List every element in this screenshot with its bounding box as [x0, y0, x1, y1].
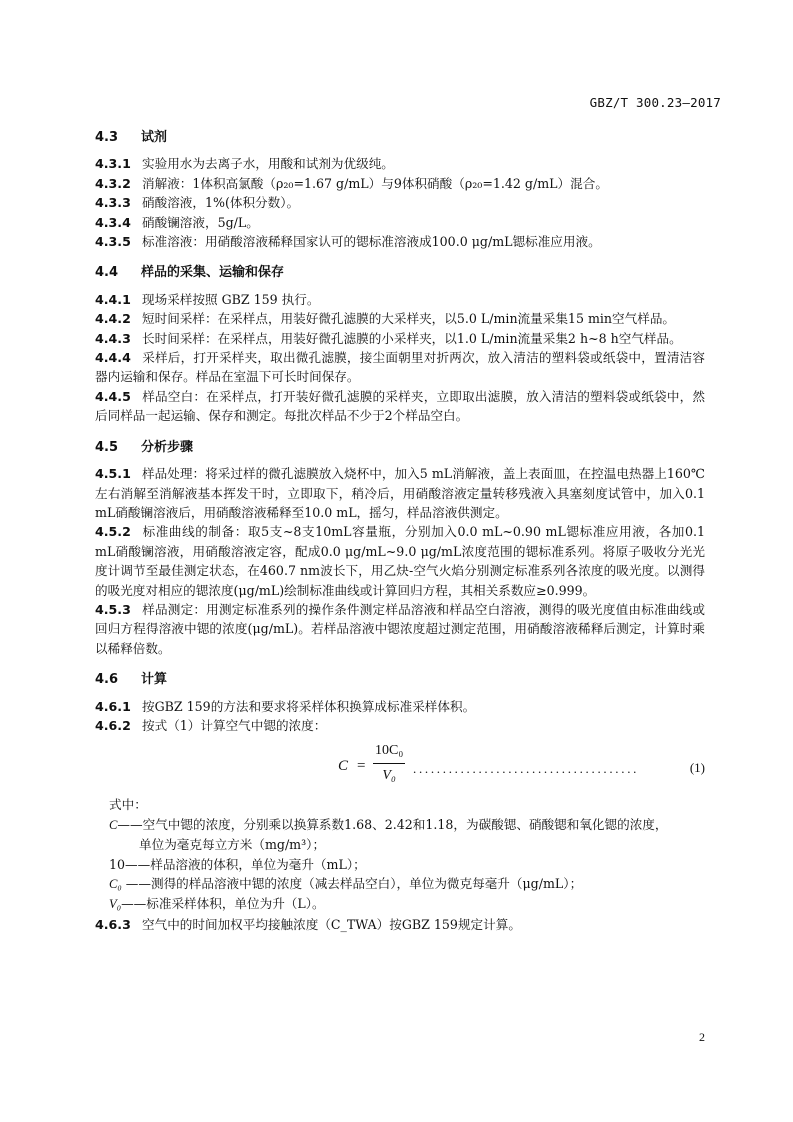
- variable-definitions: C——空气中锶的浓度，分别乘以换算系数1.68、2.42和1.18，为碳酸锶、硝…: [109, 815, 705, 915]
- clause-4-6-1: 4.6.1按GBZ 159的方法和要求将采样体积换算成标准采样体积。: [95, 697, 705, 716]
- formula-lhs: C: [338, 757, 348, 776]
- section-heading-4-5: 4.5分析步骤: [95, 438, 705, 457]
- clause-4-3-1: 4.3.1实验用水为去离子水，用酸和试剂为优级纯。: [95, 154, 705, 173]
- formula-equals: =: [357, 757, 365, 776]
- clause-4-5-3: 4.5.3样品测定：用测定标准系列的操作条件测定样品溶液和样品空白溶液，测得的吸…: [95, 600, 705, 658]
- formula-numerator: 10C₀: [373, 741, 405, 763]
- clause-4-4-3: 4.4.3长时间采样：在采样点，用装好微孔滤膜的小采样夹，以1.0 L/min流…: [95, 329, 705, 348]
- clause-4-6-2: 4.6.2按式（1）计算空气中锶的浓度：: [95, 716, 705, 735]
- clause-4-3-2: 4.3.2消解液：1体积高氯酸（ρ₂₀=1.67 g/mL）与9体积硝酸（ρ₂₀…: [95, 174, 705, 193]
- formula-number: (1): [690, 758, 705, 777]
- section-heading-4-4: 4.4样品的采集、运输和保存: [95, 263, 705, 282]
- definition-v0: V₀——标准采样体积，单位为升（L）。: [109, 894, 705, 914]
- formula-fraction: 10C₀ V₀: [373, 741, 405, 785]
- definition-c0: C₀ ——测得的样品溶液中锶的浓度（减去样品空白），单位为微克每毫升（μg/mL…: [109, 874, 705, 894]
- page-number: 2: [699, 1030, 705, 1045]
- definition-c: C——空气中锶的浓度，分别乘以换算系数1.68、2.42和1.18，为碳酸锶、硝…: [109, 815, 705, 835]
- section-heading-4-3: 4.3试剂: [95, 128, 705, 147]
- clause-4-4-4: 4.4.4采样后，打开采样夹，取出微孔滤膜，接尘面朝里对折两次，放入清洁的塑料袋…: [95, 348, 705, 387]
- formula-leader-dots: ......................................: [413, 759, 639, 778]
- clause-4-4-1: 4.4.1现场采样按照 GBZ 159 执行。: [95, 290, 705, 309]
- clause-4-3-3: 4.3.3硝酸溶液，1%(体积分数）。: [95, 193, 705, 212]
- document-body: 4.3试剂 4.3.1实验用水为去离子水，用酸和试剂为优级纯。 4.3.2消解液…: [95, 128, 705, 934]
- section-heading-4-6: 4.6计算: [95, 670, 705, 689]
- definition-c-unit: 单位为毫克每立方米（mg/m³）；: [139, 835, 705, 854]
- clause-4-4-2: 4.4.2短时间采样：在采样点，用装好微孔滤膜的大采样夹，以5.0 L/min流…: [95, 309, 705, 328]
- clause-4-3-5: 4.3.5标准溶液：用硝酸溶液稀释国家认可的锶标准溶液成100.0 μg/mL锶…: [95, 232, 705, 251]
- where-label: 式中：: [109, 795, 705, 814]
- clause-4-3-4: 4.3.4硝酸镧溶液，5g/L。: [95, 213, 705, 232]
- document-id-header: GBZ/T 300.23—2017: [590, 95, 721, 110]
- formula-1: C = 10C₀ V₀ ............................…: [95, 741, 705, 793]
- definition-10: 10——样品溶液的体积，单位为毫升（mL）；: [109, 855, 705, 874]
- formula-denominator: V₀: [373, 764, 405, 785]
- clause-4-5-2: 4.5.2标准曲线的制备：取5支~8支10mL容量瓶，分别加入0.0 mL~0.…: [95, 522, 705, 600]
- clause-4-6-3: 4.6.3空气中的时间加权平均接触浓度（C_TWA）按GBZ 159规定计算。: [95, 915, 705, 934]
- clause-4-4-5: 4.4.5样品空白：在采样点，打开装好微孔滤膜的采样夹，立即取出滤膜，放入清洁的…: [95, 387, 705, 426]
- clause-4-5-1: 4.5.1样品处理：将采过样的微孔滤膜放入烧杯中，加入5 mL消解液，盖上表面皿…: [95, 464, 705, 522]
